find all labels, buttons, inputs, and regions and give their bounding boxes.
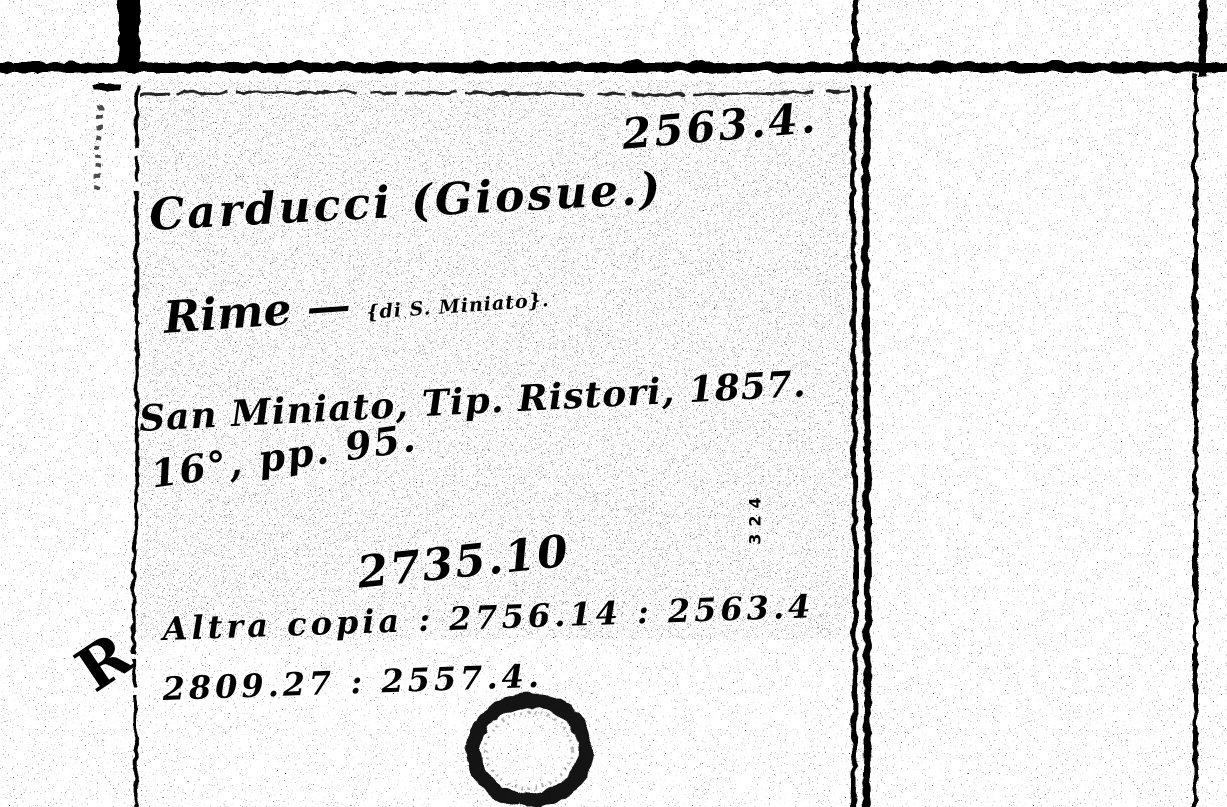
card-top-edge [140, 90, 848, 93]
top-horizontal-rule [0, 61, 1227, 71]
left-vertical-rule [132, 84, 137, 807]
scanned-catalog-card: 2563.4. Carducci (Giosue.) Rime — {di S.… [0, 0, 1227, 807]
left-margin-smudge [95, 104, 99, 188]
top-left-black-bar [117, 0, 138, 62]
library-stamp-inner-ring [485, 711, 571, 787]
title-note: {di S. Miniato}. [366, 289, 551, 324]
side-card-number: 324 [746, 490, 765, 544]
library-stamp [472, 699, 584, 799]
top-right-vertical-rule [1197, 0, 1205, 74]
top-middle-vertical-rule [851, 0, 857, 62]
right-vertical-rule [1193, 72, 1194, 807]
left-margin-dash [92, 83, 119, 89]
center-vertical-rule-1 [852, 84, 854, 807]
center-vertical-rule-2 [864, 84, 866, 807]
